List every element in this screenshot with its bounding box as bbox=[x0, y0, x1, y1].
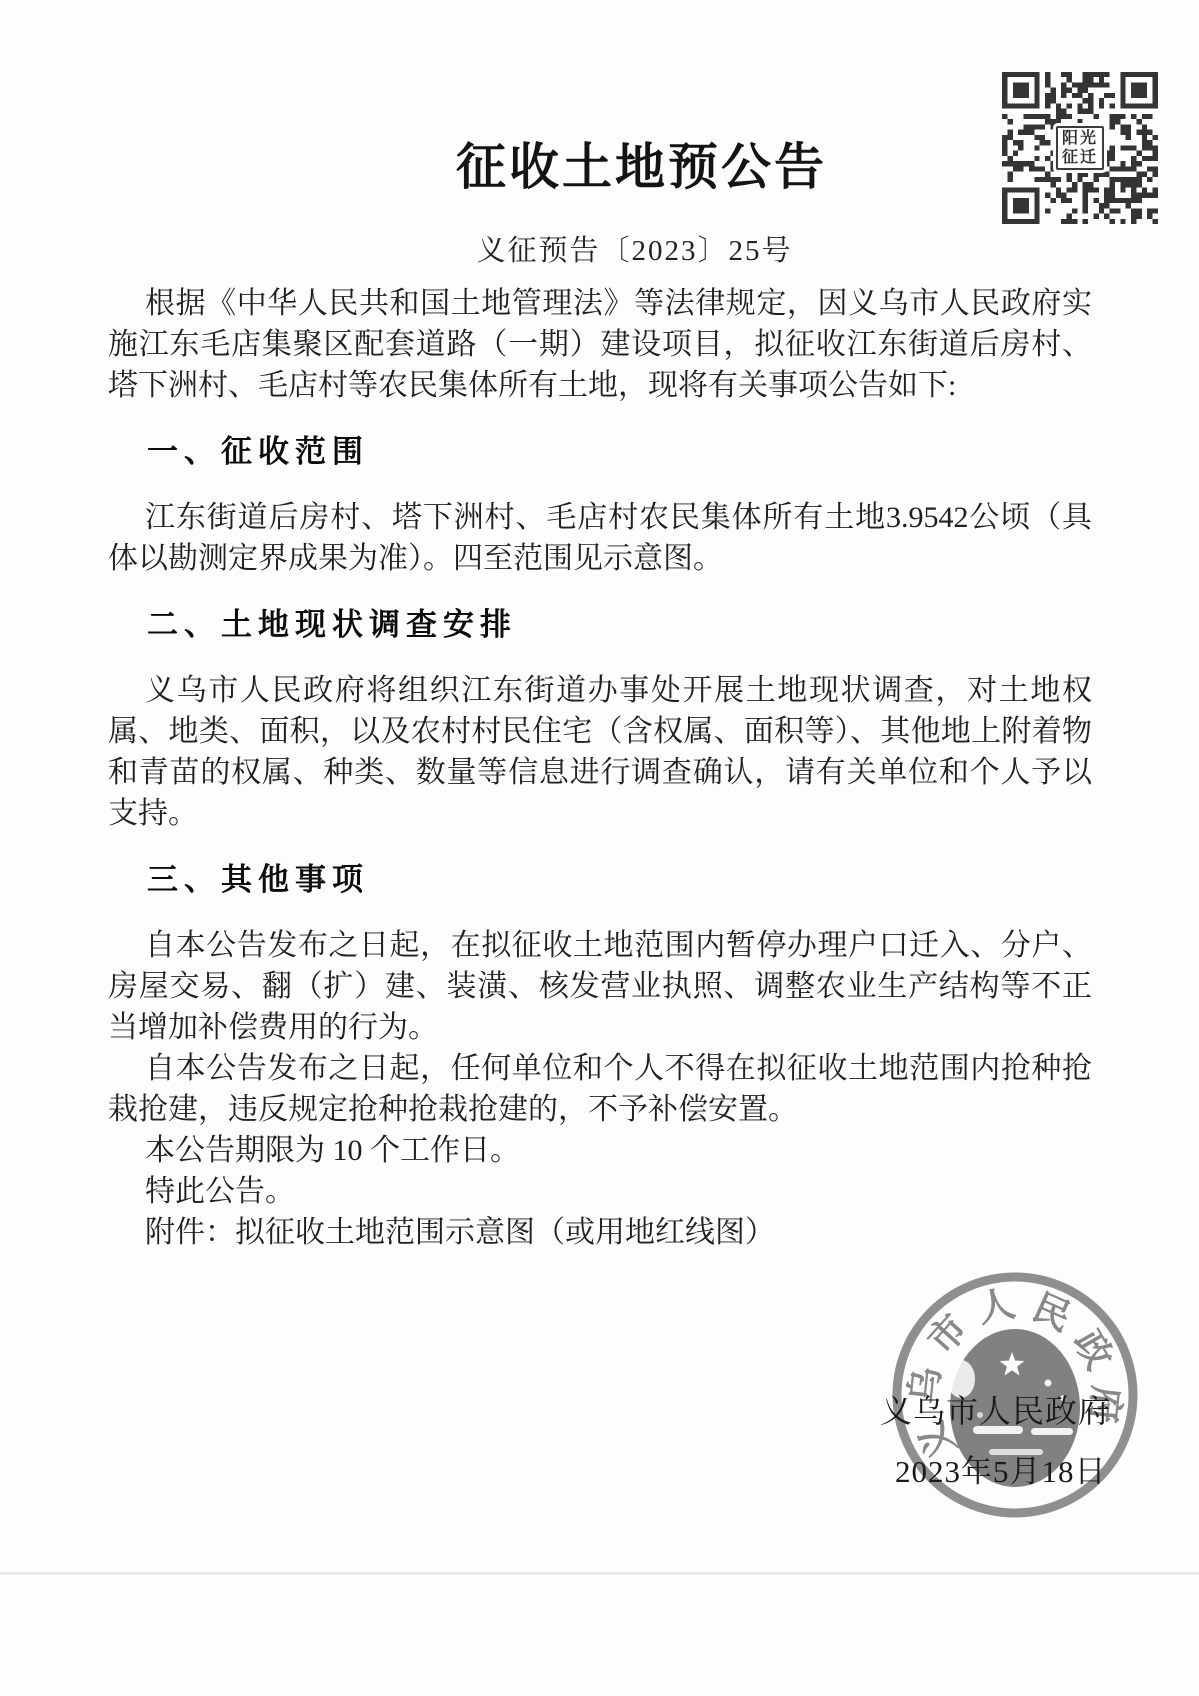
section-2-heading: 二、土地现状调查安排 bbox=[108, 604, 1092, 645]
section-3-paragraph-3: 本公告期限为 10 个工作日。 bbox=[108, 1130, 1092, 1171]
section-3-heading: 三、其他事项 bbox=[108, 859, 1092, 900]
document-body: 根据《中华人民共和国土地管理法》等法律规定，因义乌市人民政府实施江东毛店集聚区配… bbox=[108, 283, 1092, 1253]
document-number: 义征预告〔2023〕25号 bbox=[0, 230, 1199, 272]
document-page: 阳光 征迁 征收土地预公告 义征预告〔2023〕25号 根据《中华人民共和国土地… bbox=[0, 0, 1199, 1696]
section-1-paragraph-1: 江东街道后房村、塔下洲村、毛店村农民集体所有土地3.9542公顷（具体以勘测定界… bbox=[108, 497, 1092, 579]
signature-issuer: 义乌市人民政府 bbox=[880, 1392, 1111, 1430]
section-2-paragraph-1: 义乌市人民政府将组织江东街道办事处开展土地现状调查，对土地权属、地类、面积，以及… bbox=[108, 670, 1092, 834]
section-3-paragraph-2: 自本公告发布之日起，任何单位和个人不得在拟征收土地范围内抢种抢栽抢建，违反规定抢… bbox=[108, 1048, 1092, 1130]
attachment-line: 附件：拟征收土地范围示意图（或用地红线图） bbox=[108, 1212, 1092, 1253]
signature-date: 2023年5月18日 bbox=[895, 1453, 1107, 1491]
svg-text:人: 人 bbox=[974, 1283, 1019, 1331]
section-3-paragraph-1: 自本公告发布之日起，在拟征收土地范围内暂停办理户口迁入、分户、房屋交易、翻（扩）… bbox=[108, 925, 1092, 1048]
section-1-heading: 一、征收范围 bbox=[108, 431, 1092, 472]
section-3-paragraph-4: 特此公告。 bbox=[108, 1171, 1092, 1212]
page-title: 征收土地预公告 bbox=[0, 136, 1199, 198]
intro-paragraph: 根据《中华人民共和国土地管理法》等法律规定，因义乌市人民政府实施江东毛店集聚区配… bbox=[108, 283, 1092, 406]
scan-artifact-line bbox=[0, 1572, 1199, 1575]
